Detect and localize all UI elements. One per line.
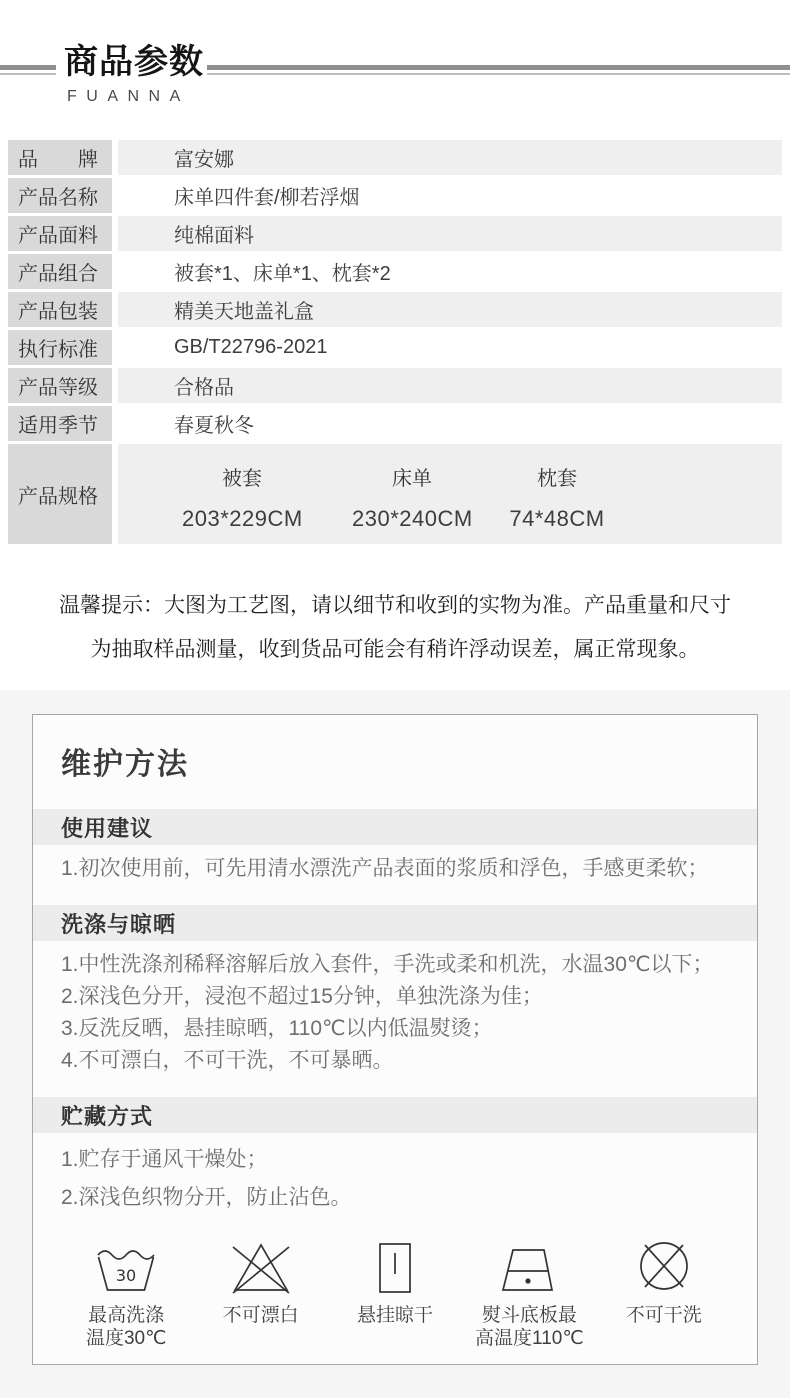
section-heading-usage: 使用建议 (33, 809, 757, 845)
param-label: 适用季节 (8, 406, 112, 441)
param-label: 品 牌 (8, 140, 112, 175)
laundry-symbol: 不可干洗 (609, 1237, 719, 1327)
spec-col-size: 230*240CM (352, 506, 472, 532)
care-instruction: 3.反洗反晒，悬挂晾晒，110℃以内低温熨烫； (61, 1013, 729, 1045)
laundry-symbol-label: 最高洗涤 温度30℃ (71, 1304, 181, 1350)
param-label: 产品名称 (8, 178, 112, 213)
spec-col-size: 74*48CM (502, 506, 612, 532)
spec-row: 产品规格 被套 203*229CM 床单 230*240CM 枕套 74*48C… (8, 444, 782, 544)
usage-lines: 1.初次使用前，可先用清水漂洗产品表面的浆质和浮色，手感更柔软； (33, 845, 757, 885)
care-instruction: 1.中性洗涤剂稀释溶解后放入套件，手洗或柔和机洗，水温30℃以下； (61, 949, 729, 981)
laundry-symbol: 不可漂白 (206, 1237, 316, 1327)
param-value: 合格品 (118, 368, 782, 403)
section-heading-storage: 贮藏方式 (33, 1097, 757, 1133)
header-rule-right (207, 65, 790, 75)
laundry-symbol: 悬挂晾干 (340, 1237, 450, 1327)
care-card: 维护方法 使用建议 1.初次使用前，可先用清水漂洗产品表面的浆质和浮色，手感更柔… (32, 714, 758, 1365)
laundry-symbol-label: 不可干洗 (609, 1304, 719, 1327)
laundry-symbols-row: 30 最高洗涤 温度30℃ 不可漂白 (33, 1217, 757, 1354)
param-label: 产品包装 (8, 292, 112, 327)
spec-col-duvet: 被套 203*229CM (182, 462, 302, 544)
laundry-symbol-label: 不可漂白 (206, 1304, 316, 1327)
storage-lines: 1.贮存于通风干燥处； 2.深浅色织物分开，防止沾色。 (33, 1133, 757, 1217)
iron-110-icon (474, 1237, 584, 1295)
spec-col-size: 203*229CM (182, 506, 302, 532)
brand-logo: FUANNA (67, 88, 190, 106)
care-instruction: 4.不可漂白，不可干洗，不可暴晒。 (61, 1045, 729, 1077)
param-label: 产品等级 (8, 368, 112, 403)
care-instruction: 2.深浅色分开，浸泡不超过15分钟，单独洗涤为佳； (61, 981, 729, 1013)
table-row: 产品面料 纯棉面料 (8, 216, 782, 251)
param-label: 产品组合 (8, 254, 112, 289)
param-value: 纯棉面料 (118, 216, 782, 251)
care-card-title: 维护方法 (61, 739, 757, 783)
hang-dry-icon (340, 1237, 450, 1295)
spec-value: 被套 203*229CM 床单 230*240CM 枕套 74*48CM (118, 444, 782, 544)
param-value: 春夏秋冬 (118, 406, 782, 441)
wash-30-icon: 30 (71, 1237, 181, 1295)
table-row: 品 牌 富安娜 (8, 140, 782, 175)
param-label: 产品规格 (8, 444, 112, 544)
table-row: 适用季节 春夏秋冬 (8, 406, 782, 441)
header-rule-left (0, 65, 56, 75)
param-label: 产品面料 (8, 216, 112, 251)
laundry-symbol-label: 熨斗底板最 高温度110℃ (474, 1304, 584, 1350)
care-instruction: 2.深浅色织物分开，防止沾色。 (61, 1179, 729, 1217)
spec-col-name: 被套 (182, 462, 302, 491)
param-label: 执行标准 (8, 330, 112, 365)
table-row: 执行标准 GB/T22796-2021 (8, 330, 782, 365)
section-heading-washing: 洗涤与晾晒 (33, 905, 757, 941)
spec-col-name: 床单 (352, 462, 472, 491)
care-section: 维护方法 使用建议 1.初次使用前，可先用清水漂洗产品表面的浆质和浮色，手感更柔… (0, 690, 790, 1398)
spec-col-sheet: 床单 230*240CM (352, 462, 472, 544)
laundry-symbol-label: 悬挂晾干 (340, 1304, 450, 1327)
param-value: 精美天地盖礼盒 (118, 292, 782, 327)
no-dry-clean-icon (609, 1237, 719, 1295)
care-instruction: 1.初次使用前，可先用清水漂洗产品表面的浆质和浮色，手感更柔软； (61, 853, 729, 885)
svg-text:30: 30 (116, 1266, 136, 1285)
param-value: 床单四件套/柳若浮烟 (118, 178, 782, 213)
table-row: 产品名称 床单四件套/柳若浮烟 (8, 178, 782, 213)
table-row: 产品等级 合格品 (8, 368, 782, 403)
param-value: GB/T22796-2021 (118, 330, 782, 365)
washing-lines: 1.中性洗涤剂稀释溶解后放入套件，手洗或柔和机洗，水温30℃以下； 2.深浅色分… (33, 941, 757, 1077)
laundry-symbol: 熨斗底板最 高温度110℃ (474, 1237, 584, 1350)
notice-line-2: 为抽取样品测量，收到货品可能会有稍许浮动误差，属正常现象。 (0, 628, 790, 672)
care-instruction: 1.贮存于通风干燥处； (61, 1141, 729, 1179)
spec-col-name: 枕套 (502, 462, 612, 491)
notice-text: 温馨提示：大图为工艺图，请以细节和收到的实物为准。产品重量和尺寸 为抽取样品测量… (0, 584, 790, 672)
param-value: 被套*1、床单*1、枕套*2 (118, 254, 782, 289)
params-table: 品 牌 富安娜 产品名称 床单四件套/柳若浮烟 产品面料 纯棉面料 产品组合 被… (8, 140, 782, 544)
laundry-symbol: 30 最高洗涤 温度30℃ (71, 1237, 181, 1350)
page-header: 商品参数 FUANNA (0, 0, 790, 138)
param-value: 富安娜 (118, 140, 782, 175)
table-row: 产品组合 被套*1、床单*1、枕套*2 (8, 254, 782, 289)
no-bleach-icon (206, 1237, 316, 1295)
page-title: 商品参数 (64, 44, 204, 81)
table-row: 产品包装 精美天地盖礼盒 (8, 292, 782, 327)
notice-line-1: 温馨提示：大图为工艺图，请以细节和收到的实物为准。产品重量和尺寸 (0, 584, 790, 628)
spec-col-pillowcase: 枕套 74*48CM (502, 462, 612, 544)
